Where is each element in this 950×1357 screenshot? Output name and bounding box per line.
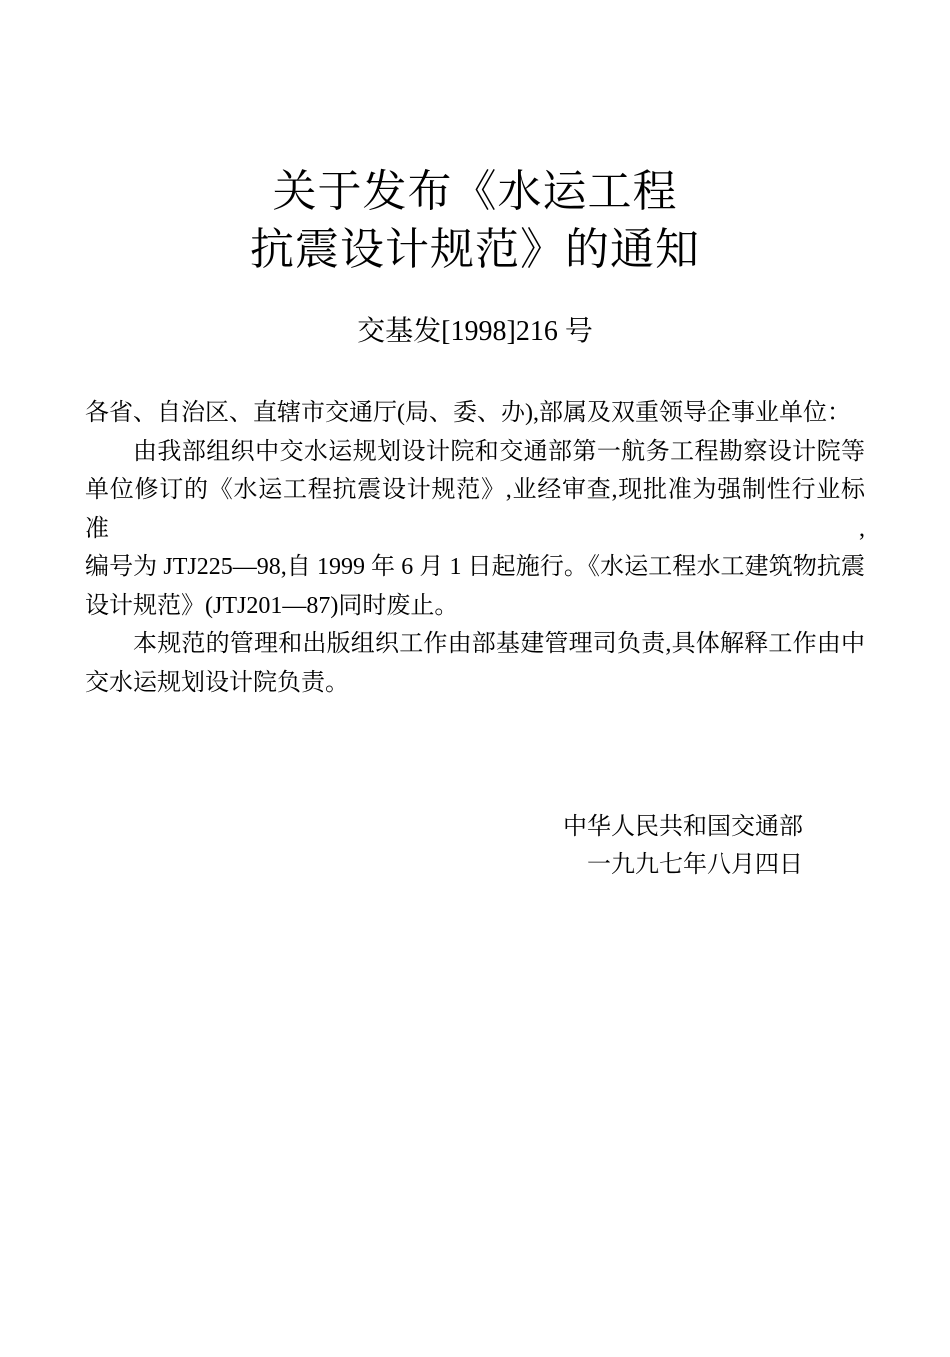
body-line: 单位修订的《水运工程抗震设计规范》,业经审查,现批准为强制性行业标准, <box>85 471 865 548</box>
notice-title-line-2: 抗震设计规范》的通知 <box>85 221 865 279</box>
notice-document-page: 关于发布《水运工程 抗震设计规范》的通知 交基发[1998]216 号 各省、自… <box>0 0 950 1357</box>
document-content: 关于发布《水运工程 抗震设计规范》的通知 交基发[1998]216 号 各省、自… <box>85 0 865 884</box>
notice-title: 关于发布《水运工程 抗震设计规范》的通知 <box>85 0 865 279</box>
notice-title-line-1: 关于发布《水运工程 <box>85 163 865 221</box>
signature-date: 一九九七年八月四日 <box>85 846 803 884</box>
body-line: 由我部组织中交水运规划设计院和交通部第一航务工程勘察设计院等 <box>85 433 865 472</box>
body-line: 本规范的管理和出版组织工作由部基建管理司负责,具体解释工作由中 <box>85 625 865 664</box>
body-line: 设计规范》(JTJ201—87)同时废止。 <box>85 587 865 626</box>
notice-body: 各省、自治区、直辖市交通厅(局、委、办),部属及双重领导企事业单位： 由我部组织… <box>85 394 865 702</box>
document-number: 交基发[1998]216 号 <box>85 315 865 349</box>
signature-block: 中华人民共和国交通部 一九九七年八月四日 <box>85 808 865 884</box>
signature-issuer: 中华人民共和国交通部 <box>85 808 803 846</box>
body-line: 交水运规划设计院负责。 <box>85 664 865 703</box>
body-line: 编号为 JTJ225—98,自 1999 年 6 月 1 日起施行。《水运工程水… <box>85 548 865 587</box>
salutation-line: 各省、自治区、直辖市交通厅(局、委、办),部属及双重领导企事业单位： <box>85 394 865 433</box>
